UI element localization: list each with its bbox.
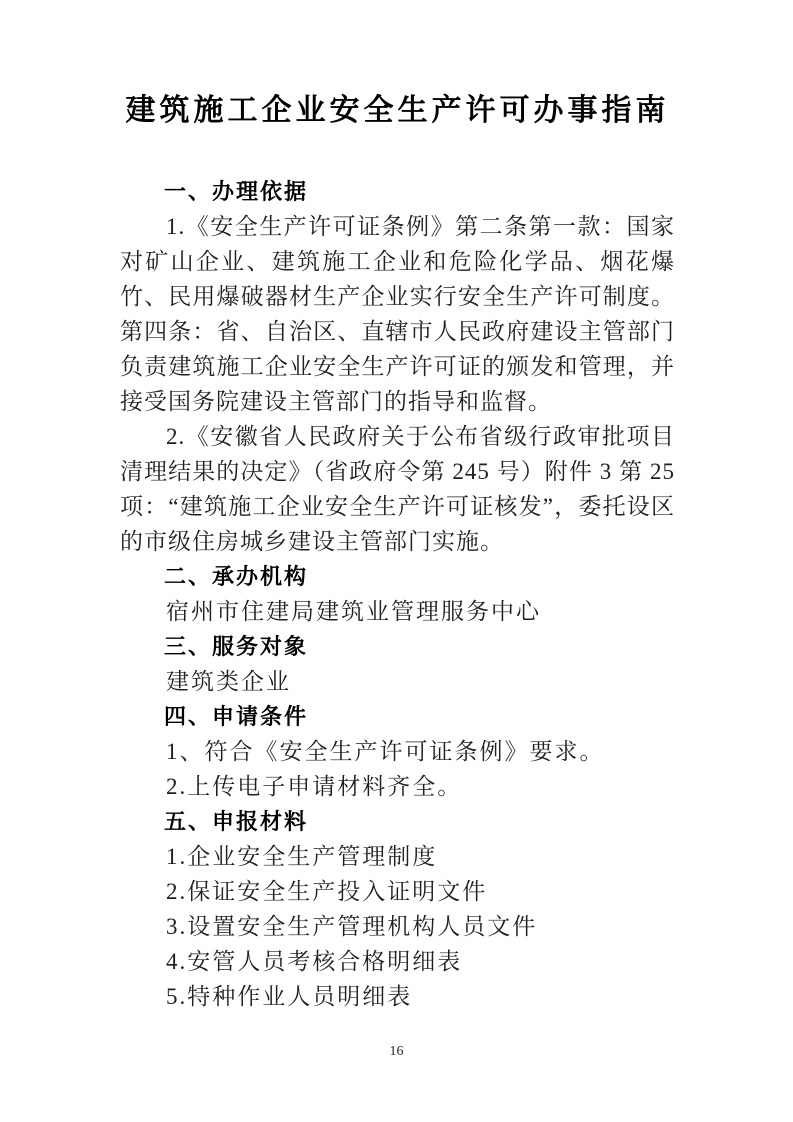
section-heading-application-materials: 五、申报材料 [120,804,675,839]
document-title: 建筑施工企业安全生产许可办事指南 [120,88,675,134]
application-material-item-1: 1.企业安全生产管理制度 [120,839,675,874]
undertaking-agency-line: 宿州市住建局建筑业管理服务中心 [120,594,675,629]
application-condition-item-1: 1、符合《安全生产许可证条例》要求。 [120,734,675,769]
application-condition-item-2: 2.上传电子申请材料齐全。 [120,769,675,804]
basis-paragraph-1: 1.《安全生产许可证条例》第二条第一款：国家对矿山企业、建筑施工企业和危险化学品… [120,209,675,419]
application-material-item-3: 3.设置安全生产管理机构人员文件 [120,909,675,944]
service-target-line: 建筑类企业 [120,664,675,699]
document-page: 建筑施工企业安全生产许可办事指南 一、办理依据 1.《安全生产许可证条例》第二条… [0,0,793,1122]
section-heading-undertaking-agency: 二、承办机构 [120,559,675,594]
application-material-item-5: 5.特种作业人员明细表 [120,979,675,1014]
page-number: 16 [0,1044,793,1060]
section-heading-application-conditions: 四、申请条件 [120,699,675,734]
basis-paragraph-2: 2.《安徽省人民政府关于公布省级行政审批项目清理结果的决定》（省政府令第 245… [120,419,675,559]
section-heading-service-target: 三、服务对象 [120,629,675,664]
document-body: 一、办理依据 1.《安全生产许可证条例》第二条第一款：国家对矿山企业、建筑施工企… [120,174,675,1014]
section-heading-basis: 一、办理依据 [120,174,675,209]
application-material-item-4: 4.安管人员考核合格明细表 [120,944,675,979]
application-material-item-2: 2.保证安全生产投入证明文件 [120,874,675,909]
